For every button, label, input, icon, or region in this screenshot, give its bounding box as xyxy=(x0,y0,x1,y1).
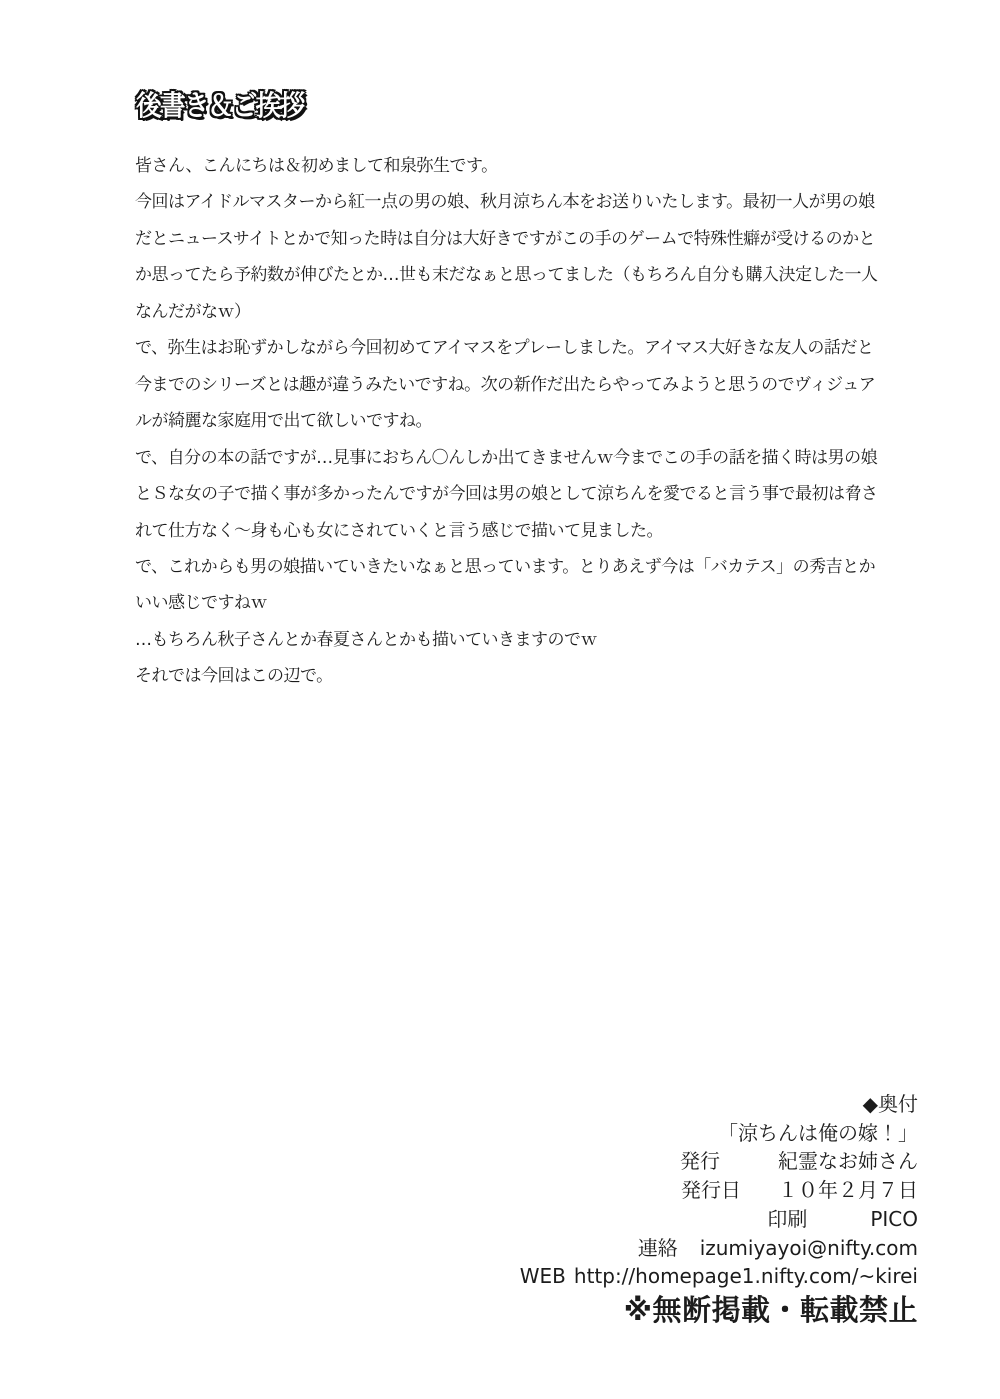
contact-label: 連絡 xyxy=(638,1234,678,1263)
body-line: …もちろん秋子さんとか春夏さんとかも描いていきますのでｗ xyxy=(135,622,883,658)
body-line: ルが綺麗な家庭用で出て欲しいですね。 xyxy=(135,403,883,439)
colophon-row-contact: 連絡 izumiyayoi@nifty.com xyxy=(520,1234,918,1263)
web-label: WEB xyxy=(520,1262,566,1291)
body-line: か思ってたら予約数が伸びたとか…世も末だなぁと思ってました（もちろん自分も購入決… xyxy=(135,257,883,293)
colophon-heading-text: ◆奥付 xyxy=(863,1090,918,1119)
body-line: 今回はアイドルマスターから紅一点の男の娘、秋月涼ちん本をお送りいたします。最初一… xyxy=(135,184,883,220)
spacer xyxy=(720,1167,778,1168)
printer-value: PICO xyxy=(870,1205,918,1234)
body-line: それでは今回はこの辺で。 xyxy=(135,658,883,694)
contact-email-text: izumiyayoi@nifty.com xyxy=(700,1234,918,1263)
spacer xyxy=(807,1225,870,1226)
colophon-book-title: 「涼ちんは俺の嫁！」 xyxy=(520,1119,918,1148)
body-line: いい感じですねｗ xyxy=(135,585,883,621)
book-title-text: 「涼ちんは俺の嫁！」 xyxy=(718,1119,918,1148)
afterword-page: 後書き＆ご挨拶 皆さん、こんにちは＆初めまして和泉弥生です。 今回はアイドルマス… xyxy=(0,0,1000,1399)
spacer xyxy=(741,1196,778,1197)
reprint-prohibition-notice: ※無断掲載・転載禁止 xyxy=(520,1293,918,1327)
colophon-row-publisher: 発行 紀霊なお姉さん xyxy=(520,1147,918,1176)
body-line: れて仕方なく～身も心も女にされていくと言う感じで描いて見ました。 xyxy=(135,513,883,549)
body-line: で、弥生はお恥ずかしながら今回初めてアイマスをプレーしました。アイマス大好きな友… xyxy=(135,330,883,366)
spacer xyxy=(678,1254,700,1255)
page-title: 後書き＆ご挨拶 xyxy=(136,84,303,124)
body-line: 皆さん、こんにちは＆初めまして和泉弥生です。 xyxy=(135,148,883,184)
body-line: とＳな女の子で描く事が多かったんですが今回は男の娘として涼ちんを愛でると言う事で… xyxy=(135,476,883,512)
web-url-text: http://homepage1.nifty.com/~kirei xyxy=(574,1262,918,1291)
colophon-row-printer: 印刷 PICO xyxy=(520,1205,918,1234)
spacer xyxy=(566,1282,574,1283)
colophon-row-publish-date: 発行日 １０年２月７日 xyxy=(520,1176,918,1205)
colophon-block: ◆奥付 「涼ちんは俺の嫁！」 発行 紀霊なお姉さん 発行日 １０年２月７日 印刷… xyxy=(520,1090,918,1327)
publish-date-label: 発行日 xyxy=(681,1176,741,1205)
body-line: で、自分の本の話ですが…見事におちん〇んしか出てきませんｗ今までこの手の話を描く… xyxy=(135,440,883,476)
colophon-heading: ◆奥付 xyxy=(520,1090,918,1119)
body-line: で、これからも男の娘描いていきたいなぁと思っています。とりあえず今は「バカテス」… xyxy=(135,549,883,585)
body-line: なんだがなｗ） xyxy=(135,294,883,330)
colophon-row-web: WEB http://homepage1.nifty.com/~kirei xyxy=(520,1262,918,1291)
publisher-label: 発行 xyxy=(680,1147,720,1176)
afterword-body-text: 皆さん、こんにちは＆初めまして和泉弥生です。 今回はアイドルマスターから紅一点の… xyxy=(135,148,883,695)
publisher-value: 紀霊なお姉さん xyxy=(778,1147,918,1176)
publish-date-value: １０年２月７日 xyxy=(778,1176,918,1205)
body-line: だとニュースサイトとかで知った時は自分は大好きですがこの手のゲームで特殊性癖が受… xyxy=(135,221,883,257)
body-line: 今までのシリーズとは趣が違うみたいですね。次の新作だ出たらやってみようと思うので… xyxy=(135,367,883,403)
printer-label: 印刷 xyxy=(767,1205,807,1234)
